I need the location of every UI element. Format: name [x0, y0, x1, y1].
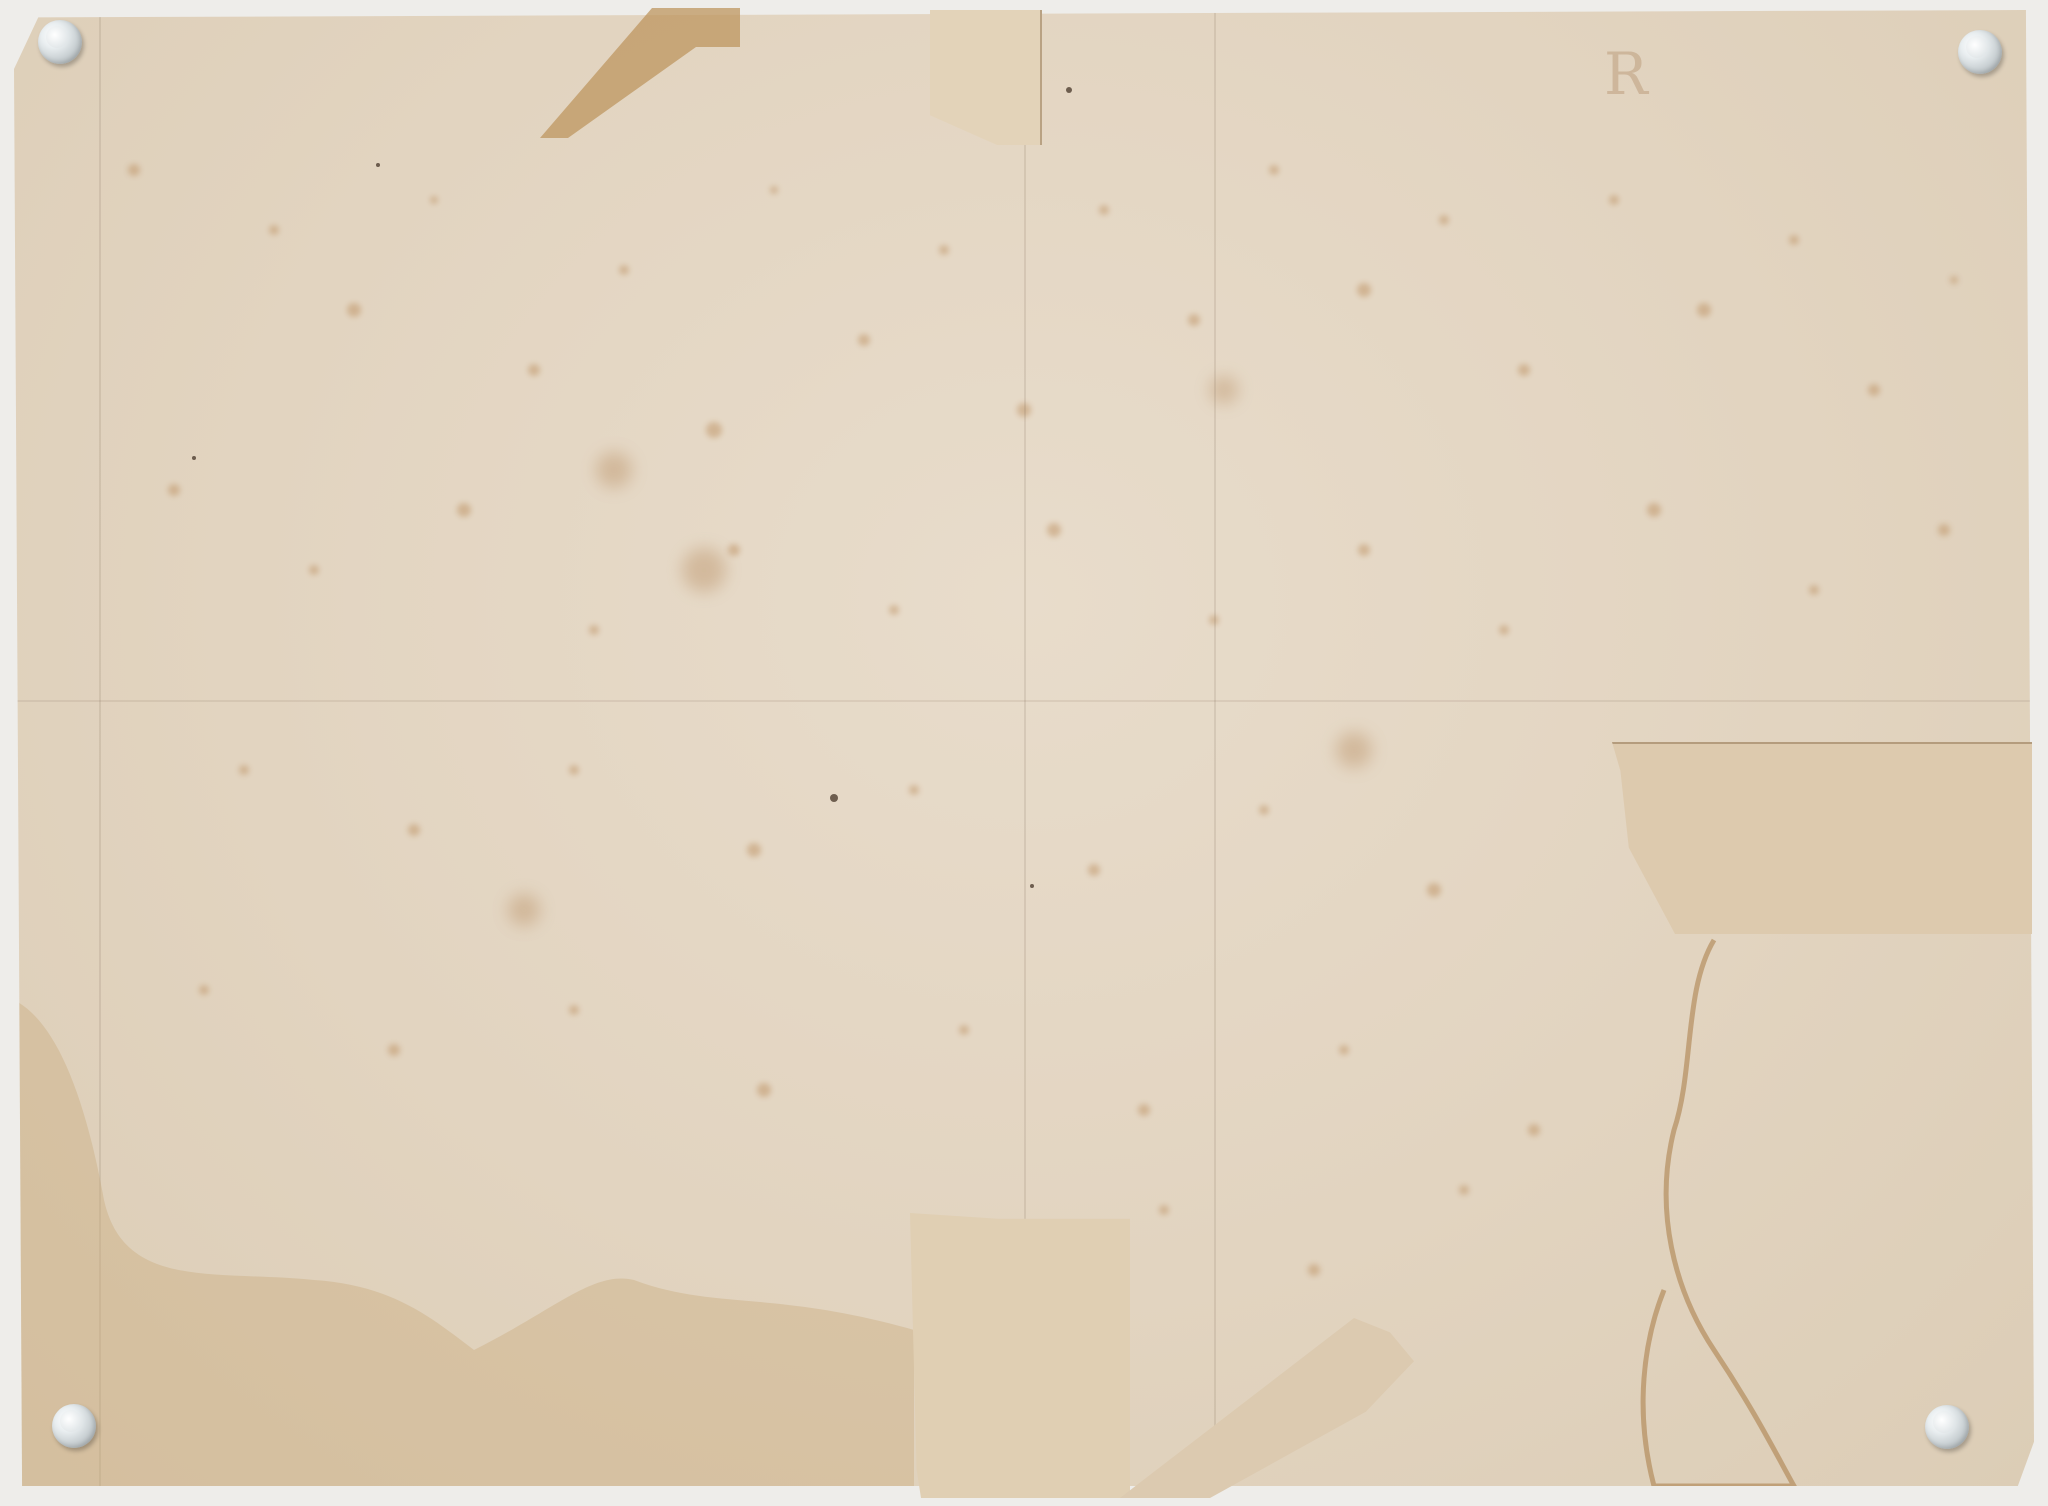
push-pin-icon: [38, 20, 82, 64]
paper-hinge-bottom-center: [910, 1213, 1130, 1498]
fold-line-vertical-right: [1214, 10, 1216, 1486]
push-pin-icon: [52, 1404, 96, 1448]
paper-hinge-right: [1612, 742, 2032, 934]
faded-corner-mark: R: [1604, 40, 1648, 108]
fold-line-horizontal-center: [14, 700, 2034, 702]
push-pin-icon: [1958, 30, 2002, 74]
photo-background: R: [0, 0, 2048, 1506]
push-pin-icon: [1925, 1405, 1969, 1449]
fold-line-vertical-left: [99, 10, 101, 1486]
